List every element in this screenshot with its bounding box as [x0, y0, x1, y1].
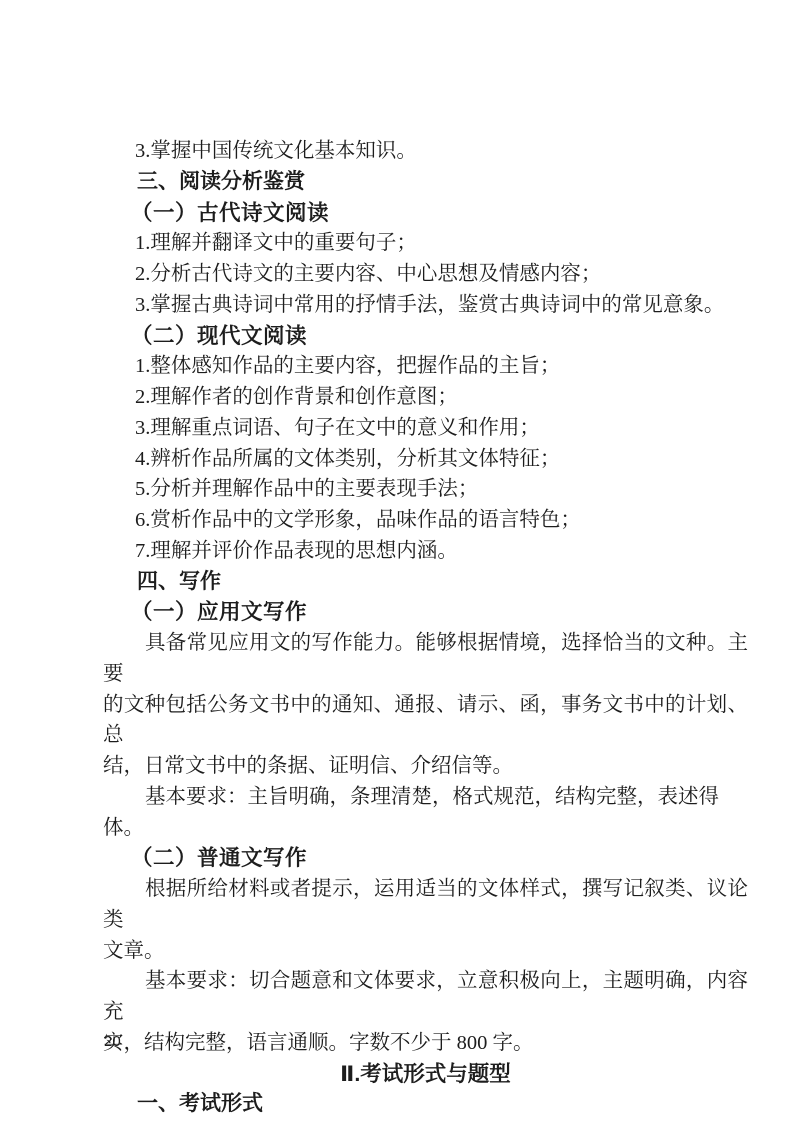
list-item: 2.理解作者的创作背景和创作意图；	[103, 382, 748, 413]
center-heading: Ⅱ.考试形式与题型	[103, 1059, 748, 1090]
list-item: 2.分析古代诗文的主要内容、中心思想及情感内容；	[103, 259, 748, 290]
paragraph-line: 基本要求：切合题意和文体要求，立意积极向上，主题明确，内容充	[103, 966, 748, 1028]
paragraph-line: 根据所给材料或者提示，运用适当的文体样式，撰写记叙类、议论类	[103, 874, 748, 936]
list-item: 3.掌握古典诗词中常用的抒情手法，鉴赏古典诗词中的常见意象。	[103, 290, 748, 321]
sub-heading: （一）古代诗文阅读	[103, 198, 748, 229]
section-heading: 四、写作	[103, 567, 748, 598]
paragraph-line: 的文种包括公务文书中的通知、通报、请示、函，事务文书中的计划、总	[103, 690, 748, 752]
paragraph-line: 结，日常文书中的条据、证明信、介绍信等。	[103, 751, 748, 782]
list-item: 5.分析并理解作品中的主要表现手法；	[103, 474, 748, 505]
list-item: 6.赏析作品中的文学形象，品味作品的语言特色；	[103, 505, 748, 536]
document-content: 3.掌握中国传统文化基本知识。三、阅读分析鉴赏（一）古代诗文阅读1.理解并翻译文…	[103, 136, 748, 1120]
paragraph-line: 实，结构完整，语言通顺。字数不少于 800 字。	[103, 1028, 748, 1059]
sub-heading: （二）普通文写作	[103, 843, 748, 874]
section-heading: 一、考试形式	[103, 1089, 748, 1120]
list-item: 3.理解重点词语、句子在文中的意义和作用；	[103, 413, 748, 444]
paragraph-line: 基本要求：主旨明确，条理清楚，格式规范，结构完整，表述得体。	[103, 782, 748, 844]
list-item: 7.理解并评价作品表现的思想内涵。	[103, 536, 748, 567]
sub-heading: （二）现代文阅读	[103, 321, 748, 352]
paragraph-line: 文章。	[103, 936, 748, 967]
list-item: 3.掌握中国传统文化基本知识。	[103, 136, 748, 167]
document-page: 3.掌握中国传统文化基本知识。三、阅读分析鉴赏（一）古代诗文阅读1.理解并翻译文…	[0, 0, 793, 1122]
list-item: 4.辨析作品所属的文体类别，分析其文体特征；	[103, 444, 748, 475]
list-item: 1.整体感知作品的主要内容，把握作品的主旨；	[103, 351, 748, 382]
page-number: 20	[104, 1033, 121, 1051]
list-item: 1.理解并翻译文中的重要句子；	[103, 228, 748, 259]
section-heading: 三、阅读分析鉴赏	[103, 167, 748, 198]
paragraph-line: 具备常见应用文的写作能力。能够根据情境，选择恰当的文种。主要	[103, 628, 748, 690]
sub-heading: （一）应用文写作	[103, 597, 748, 628]
